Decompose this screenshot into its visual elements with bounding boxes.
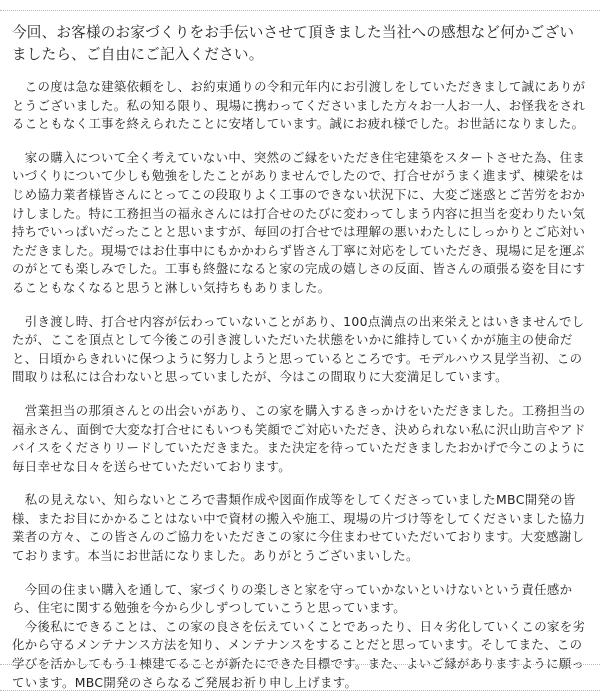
section-divider <box>0 664 600 665</box>
response-paragraph-6: 今回の住まい購入を通して、家づくりの楽しさと家を守っていかないといけないという責… <box>12 581 586 618</box>
response-paragraph-1: この度は急な建築依頼をし、お約束通りの令和元年内にお引渡しをしていただきまして誠… <box>12 78 586 134</box>
response-paragraph-2: 家の購入について全く考えていない中、突然のご縁をいただき住宅建築をスタートさせた… <box>12 149 586 298</box>
response-paragraph-5: 私の見えない、知らないところで書類作成や図面作成等をしてくださっていましたMBC… <box>12 491 586 565</box>
response-paragraph-7: 今後私にできることは、この家の良さを伝えていくことであったり、日々劣化していくこ… <box>12 618 586 692</box>
top-divider <box>0 10 600 11</box>
bottom-divider <box>0 690 600 691</box>
survey-response: 今回、お客様のお家づくりをお手伝いさせて頂きました当社への感想など何かございまし… <box>12 22 586 692</box>
response-paragraph-4: 営業担当の那須さんとの出会いがあり、この家を購入するきっかけをいただきました。工… <box>12 402 586 476</box>
survey-question: 今回、お客様のお家づくりをお手伝いさせて頂きました当社への感想など何かございまし… <box>12 22 586 66</box>
response-paragraph-3: 引き渡し時、打合せ内容が伝わっていないことがあり、100点満点の出来栄えとはいき… <box>12 313 586 387</box>
